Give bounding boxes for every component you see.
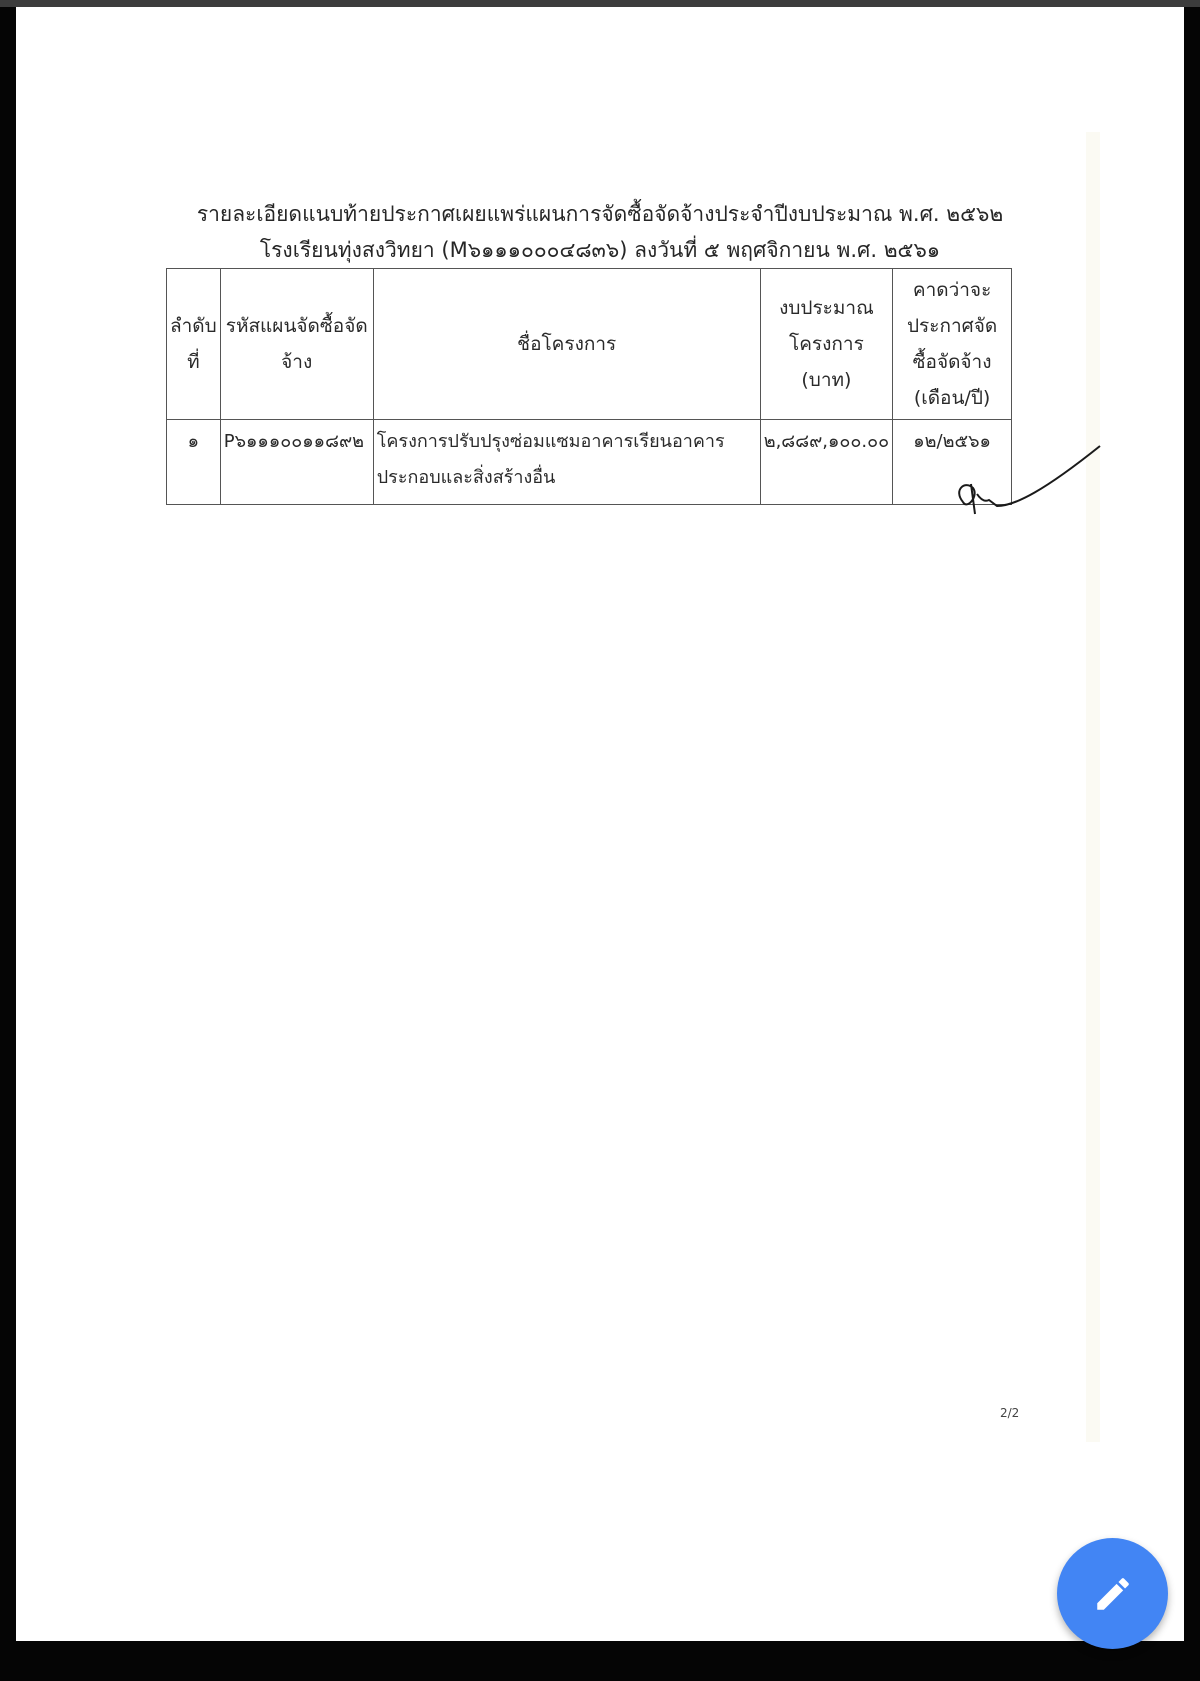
table-header-row: ลำดับที่ รหัสแผนจัดซื้อจัดจ้าง ชื่อโครงก… — [167, 269, 1012, 420]
cell-budget: ๒,๘๘๙,๑๐๐.๐๐ — [760, 420, 892, 505]
header-no: ลำดับที่ — [167, 269, 221, 420]
header-project-name: ชื่อโครงการ — [373, 269, 760, 420]
header-plan-code: รหัสแผนจัดซื้อจัดจ้าง — [220, 269, 373, 420]
edit-fab-button[interactable] — [1057, 1538, 1168, 1649]
page-scan-edge — [1086, 132, 1100, 1442]
document-title: รายละเอียดแนบท้ายประกาศเผยแพร่แผนการจัดซ… — [0, 200, 1200, 228]
cell-no: ๑ — [167, 420, 221, 505]
cell-project-name: โครงการปรับปรุงซ่อมแซมอาคารเรียนอาคารประ… — [373, 420, 760, 505]
table-row: ๑ P๖๑๑๑๐๐๑๑๘๙๒ โครงการปรับปรุงซ่อมแซมอาค… — [167, 420, 1012, 505]
status-bar — [0, 0, 1200, 7]
pencil-icon — [1092, 1573, 1134, 1615]
signature-mark — [945, 440, 1105, 530]
header-announce-date: คาดว่าจะประกาศจัดซื้อจัดจ้าง (เดือน/ปี) — [893, 269, 1012, 420]
cell-plan-code: P๖๑๑๑๐๐๑๑๘๙๒ — [220, 420, 373, 505]
header-budget: งบประมาณโครงการ (บาท) — [760, 269, 892, 420]
procurement-plan-table: ลำดับที่ รหัสแผนจัดซื้อจัดจ้าง ชื่อโครงก… — [166, 268, 1012, 505]
page-number: 2/2 — [1000, 1406, 1019, 1420]
document-subtitle: โรงเรียนทุ่งสงวิทยา (M๖๑๑๑๐๐๐๔๘๓๖) ลงวัน… — [0, 236, 1200, 264]
